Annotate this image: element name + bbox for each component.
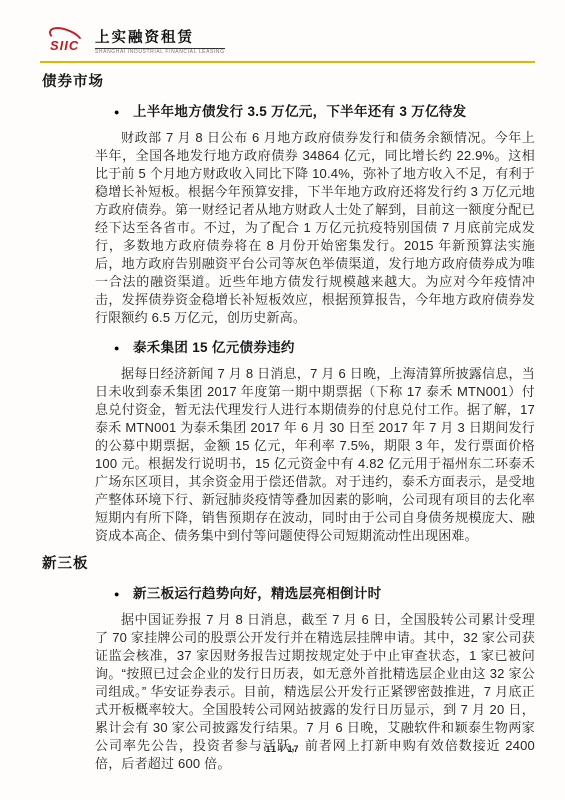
news-article: ● 上半年地方债发行 3.5 万亿元，下半年还有 3 万亿待发 财政部 7 月 … [42,100,535,327]
page-number: 11 / 17 [265,744,299,754]
section-title-bond-market: 债券市场 [42,70,535,91]
article-body: 财政部 7 月 8 日公布 6 月地方政府债券发行和债务余额情况。今年上半年，全… [95,129,535,327]
report-header: SIIC 上实融资租赁 SHANGHAI INDUSTRIAL FINANCIA… [0,0,565,56]
article-body: 据每日经济新闻 7 月 8 日消息，7 月 6 日晚，上海清算所披露信息，当日未… [95,365,535,545]
article-title: 上半年地方债发行 3.5 万亿元，下半年还有 3 万亿待发 [133,100,466,120]
section-title-neeq: 新三板 [42,552,535,573]
bullet-icon: ● [114,589,133,599]
header-divider [40,61,535,63]
report-page: SIIC 上实融资租赁 SHANGHAI INDUSTRIAL FINANCIA… [0,0,565,800]
news-article: ● 泰禾集团 15 亿元债券违约 据每日经济新闻 7 月 8 日消息，7 月 6… [42,336,535,545]
bullet-icon: ● [114,107,133,117]
company-name-en: SHANGHAI INDUSTRIAL FINANCIAL LEASING [95,50,225,55]
article-heading-row: ● 泰禾集团 15 亿元债券违约 [42,336,535,356]
article-heading-row: ● 新三板运行趋势向好，精选层亮相倒计时 [42,582,535,602]
page-footer: 11 / 17 [0,744,565,754]
logo-siic-text: SIIC [50,38,79,53]
company-logo: SIIC 上实融资租赁 SHANGHAI INDUSTRIAL FINANCIA… [45,28,535,56]
company-name-cn: 上实融资租赁 [95,31,225,49]
article-title: 泰禾集团 15 亿元债券违约 [133,336,295,356]
report-content: 债券市场 ● 上半年地方债发行 3.5 万亿元，下半年还有 3 万亿待发 财政部… [0,70,565,773]
siic-logo-icon: SIIC [45,28,89,56]
bullet-icon: ● [114,343,133,353]
article-heading-row: ● 上半年地方债发行 3.5 万亿元，下半年还有 3 万亿待发 [42,100,535,120]
logo-wordmark: 上实融资租赁 SHANGHAI INDUSTRIAL FINANCIAL LEA… [95,31,225,56]
article-title: 新三板运行趋势向好，精选层亮相倒计时 [133,582,381,602]
